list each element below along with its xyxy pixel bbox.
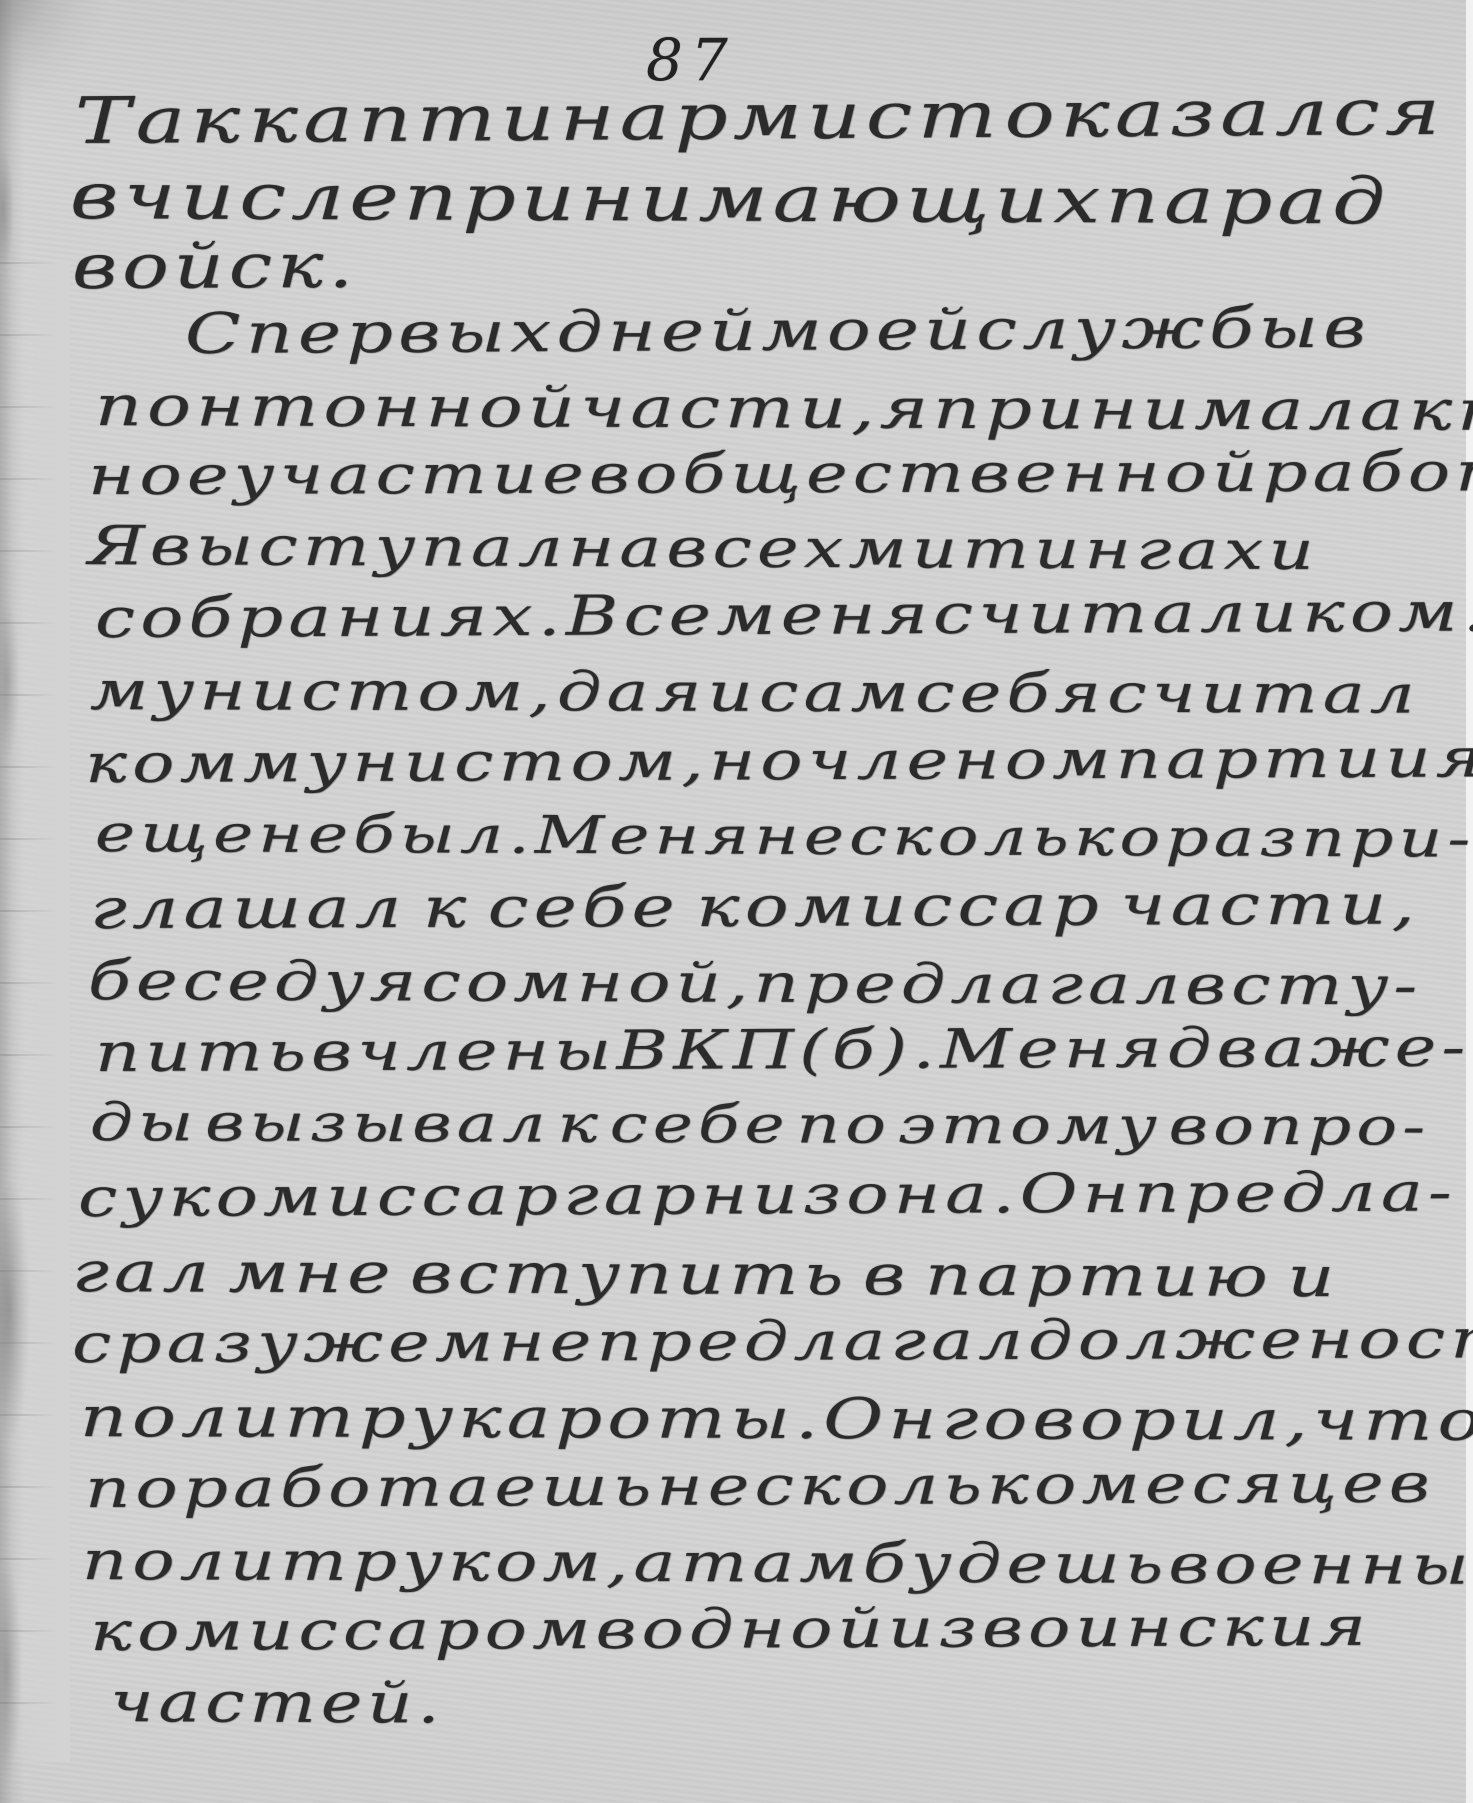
- word: в: [311, 1020, 357, 1083]
- word: су: [78, 1166, 169, 1229]
- manuscript-line: ещенебыл.Менянесколькоразпри-: [95, 804, 1445, 869]
- word: партию: [925, 1243, 1274, 1309]
- word: членом: [808, 728, 1116, 792]
- word: я: [1436, 726, 1473, 789]
- word: роты.: [555, 1386, 823, 1452]
- manuscript-line: частей.: [110, 1670, 410, 1736]
- manuscript-line: политруком,атамбудешьвоенным: [82, 1529, 1450, 1597]
- word: комиссар: [168, 1164, 563, 1229]
- word: по: [796, 1095, 891, 1155]
- manuscript-line: мунистом,даяисамсебясчитал: [90, 659, 1420, 726]
- word: С: [185, 302, 247, 367]
- manuscript-line: дывызывалксебепоэтомувопро-: [90, 1093, 1431, 1157]
- word: несколько: [754, 807, 1166, 869]
- word: этому: [898, 1096, 1162, 1157]
- word: ВКП(б).: [616, 1018, 940, 1082]
- word: предла-: [1134, 1160, 1457, 1224]
- manuscript-line: ноеучастиевобщественнойработе.: [88, 441, 1388, 507]
- word: митингах: [848, 517, 1268, 582]
- word: комиссар: [696, 874, 1104, 940]
- word: общественной: [635, 441, 1263, 506]
- word: Он: [823, 1387, 941, 1452]
- word: несколько: [656, 1453, 1082, 1518]
- word: раз: [1165, 808, 1301, 869]
- word: поработаешь: [85, 1455, 657, 1520]
- manuscript-line: Явыступалнавсехмитингахи: [88, 514, 1297, 582]
- word: мне: [435, 1310, 597, 1374]
- manuscript-line: понтоннойчасти,япринималактив: [95, 374, 1430, 443]
- manuscript-line: комиссаромводнойизвоинския: [90, 1595, 1355, 1663]
- word: Меня: [940, 1017, 1167, 1081]
- manuscript-line: Таккаптинармистоказался: [75, 76, 1446, 159]
- word: дней: [556, 299, 761, 365]
- word: я: [880, 377, 934, 442]
- manuscript-line: беседуясомной,предлагалвсту-: [88, 949, 1378, 1017]
- word: месяцев: [1081, 1452, 1435, 1516]
- word: каптинармист: [248, 79, 1002, 158]
- word: выступал: [150, 514, 568, 579]
- manuscript-line: сукомиссаргарнизона.Онпредла-: [78, 1161, 1420, 1229]
- word: и: [707, 661, 758, 724]
- word: оказался: [1004, 76, 1445, 153]
- manuscript-line: вчислепринимающихпарад: [70, 160, 1311, 239]
- word: службы: [976, 296, 1324, 363]
- word: глашал: [90, 876, 407, 942]
- word: Я: [88, 514, 150, 577]
- word: сам: [759, 661, 914, 724]
- word: военным: [1168, 1533, 1473, 1597]
- word: Так: [75, 84, 246, 159]
- word: политрука: [80, 1385, 556, 1451]
- word: партии: [1115, 727, 1436, 791]
- word: со: [421, 950, 513, 1013]
- manuscript-line: сразужемнепредлагалдолженость: [72, 1307, 1456, 1375]
- word: себе: [488, 875, 681, 941]
- manuscript-line: войск.: [72, 229, 322, 303]
- manuscript-line: галмневступитьвпартиюи: [72, 1240, 1340, 1310]
- word: и: [1268, 519, 1319, 582]
- word: же: [303, 1311, 435, 1374]
- word: долженость: [1028, 1307, 1473, 1372]
- word: в: [863, 1243, 911, 1308]
- word: себя: [915, 661, 1106, 725]
- word: мунистом,: [90, 659, 556, 723]
- word: частей.: [110, 1670, 445, 1736]
- word: в: [70, 160, 124, 234]
- word: предлагал: [596, 1309, 1028, 1373]
- word: а: [633, 1531, 680, 1594]
- word: ком.: [1302, 579, 1473, 644]
- ruled-line-fade: [6, 262, 70, 1762]
- word: и: [1287, 1245, 1340, 1310]
- word: из: [888, 1596, 982, 1659]
- word: Все: [565, 583, 716, 648]
- word: мной,: [513, 951, 754, 1015]
- word: части,: [580, 376, 880, 442]
- word: комиссаром: [90, 1598, 596, 1663]
- word: работе.: [1262, 440, 1473, 504]
- manuscript-line: политрукароты.Онговорил,что: [80, 1385, 1350, 1453]
- word: принимал: [933, 377, 1360, 443]
- word: к: [423, 876, 472, 941]
- word: коммунистом,: [85, 729, 709, 795]
- word: принимающих: [404, 161, 1106, 238]
- word: Он: [1020, 1162, 1135, 1225]
- word: всех: [666, 516, 849, 580]
- word: но: [709, 729, 808, 792]
- word: моей: [761, 298, 977, 364]
- word: в: [595, 1598, 641, 1661]
- word: сразу: [72, 1311, 303, 1375]
- scan-edge-right: [1466, 0, 1473, 1803]
- manuscript-line: поработаешьнесколькомесяцев: [85, 1452, 1361, 1520]
- word: парад: [1105, 164, 1390, 239]
- word: говорил,: [941, 1387, 1313, 1453]
- word: части,: [1120, 873, 1420, 939]
- word: в: [589, 443, 635, 506]
- word: ды: [90, 1093, 199, 1153]
- word: воинския: [982, 1595, 1372, 1660]
- word: будешь: [863, 1532, 1169, 1596]
- word: там: [680, 1531, 863, 1595]
- manuscript-line: собраниях.Всеменясчиталиком.: [95, 580, 1411, 650]
- scanned-manuscript-page: 87 Таккаптинармистоказался вчислепринима…: [0, 0, 1473, 1803]
- word: мне: [228, 1241, 395, 1307]
- word: всту-: [1185, 953, 1423, 1017]
- word: войск.: [72, 229, 358, 303]
- word: к: [557, 1095, 603, 1155]
- word: дваже-: [1167, 1015, 1471, 1079]
- word: меня: [716, 582, 933, 647]
- word: что: [1313, 1388, 1473, 1453]
- word: члены: [357, 1019, 617, 1083]
- word: актив: [1360, 378, 1473, 444]
- word: еще: [95, 804, 259, 865]
- word: первых: [246, 300, 557, 367]
- word: Меня: [535, 806, 755, 867]
- word: вопро-: [1168, 1097, 1430, 1158]
- word: гарнизона.: [563, 1162, 1020, 1227]
- manuscript-line: глашалксебекомиссарчасти,: [90, 873, 1420, 942]
- word: гал: [72, 1240, 215, 1306]
- word: беседуя: [88, 949, 422, 1013]
- word: понтонной: [95, 374, 580, 441]
- word: ное: [88, 444, 234, 507]
- word: да: [557, 660, 654, 723]
- manuscript-line: коммунистом,ночленомпартиия: [85, 727, 1396, 795]
- word: не: [258, 805, 353, 865]
- manuscript-line: питьвчленыВКП(б).Менядваже-: [95, 1016, 1401, 1084]
- word: пить: [95, 1020, 311, 1084]
- word: одной: [641, 1597, 888, 1661]
- word: вызывал: [205, 1093, 551, 1154]
- word: я: [655, 661, 707, 724]
- word: политруком,: [82, 1529, 634, 1594]
- word: вступить: [410, 1241, 849, 1308]
- word: был.: [353, 805, 535, 866]
- word: считали: [933, 580, 1302, 646]
- manuscript-line: Спервыхднеймоейслужбыв: [185, 296, 1356, 367]
- word: на: [568, 516, 667, 579]
- word: считал: [1107, 662, 1420, 726]
- word: числе: [123, 160, 404, 235]
- word: себе: [610, 1095, 790, 1156]
- word: предлагал: [753, 952, 1185, 1017]
- word: собраниях.: [95, 584, 566, 650]
- word: в: [1323, 296, 1371, 361]
- word: при-: [1301, 809, 1473, 870]
- word: участие: [234, 443, 590, 507]
